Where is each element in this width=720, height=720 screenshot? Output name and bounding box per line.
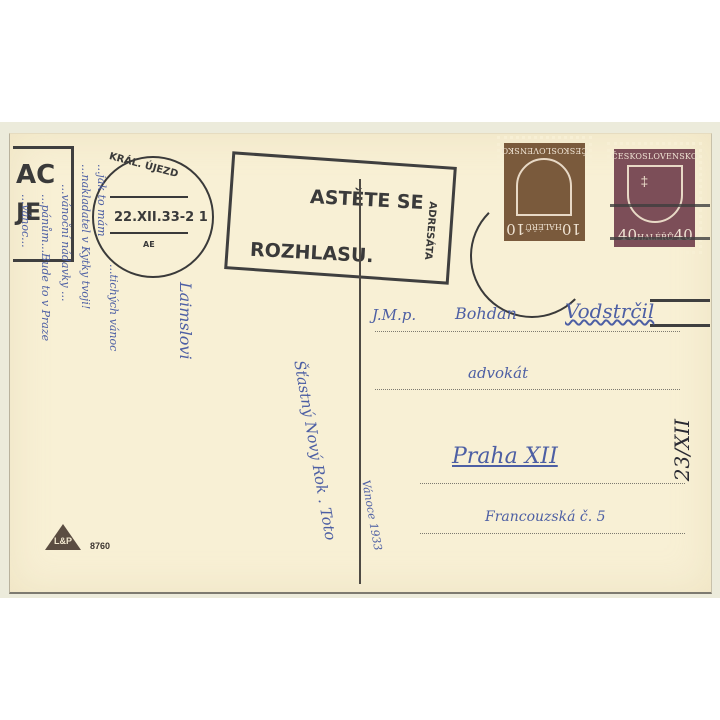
address-city: Praha XII bbox=[452, 444, 558, 469]
message-line-6: ...vánoc... bbox=[19, 194, 32, 248]
address-surname: Vodstrčil bbox=[565, 299, 654, 323]
card-divider bbox=[359, 179, 361, 584]
double-cross-icon: ‡ bbox=[641, 173, 649, 189]
cancel-wave-lines bbox=[610, 204, 710, 240]
address-street: Francouzská č. 5 bbox=[485, 509, 606, 525]
publisher-logo-text: L&P bbox=[54, 536, 72, 546]
message-line-1: ...tichých vánoc bbox=[107, 264, 120, 351]
message-line-3: ...nakladatel v Kytky tvoji! bbox=[79, 164, 92, 309]
message-line-4: ...vánoční nádavky ... bbox=[59, 184, 72, 302]
message-sign: Laimslovi bbox=[176, 282, 195, 360]
postcard: AC JE KRÁL. ÚJEZD 22.XII.33-2 1 AE ASTĚT… bbox=[9, 133, 712, 594]
message-greeting: Šťastný Nový Rok . Toto bbox=[290, 359, 339, 542]
left-cancel-text-1: AC bbox=[16, 160, 55, 190]
address-salutation: J.M.p. bbox=[372, 306, 416, 324]
message-line-5: ...pánům...Bude to v Praze bbox=[39, 194, 52, 341]
stamp-2-country: ČESKOSLOVENSKO bbox=[611, 152, 697, 161]
postmark-bottom: AE bbox=[143, 240, 155, 249]
message-date: Vánoce 1933 bbox=[359, 479, 384, 552]
postmark-bar-bottom bbox=[110, 232, 188, 234]
address-name: Bohdan bbox=[455, 304, 517, 323]
stamp-1-country: ČESKOSLOVENSKO bbox=[501, 146, 587, 155]
address-line-2 bbox=[375, 389, 680, 390]
cancel-wave-lines-2 bbox=[650, 299, 710, 327]
message-line-2: ...jak to mám bbox=[95, 164, 108, 237]
coat-of-arms-icon bbox=[517, 159, 573, 217]
address-line-1 bbox=[375, 331, 680, 332]
postmark-date: 22.XII.33-2 1 bbox=[114, 210, 208, 225]
receipt-note: 23/XII bbox=[670, 419, 694, 481]
address-title: advokát bbox=[468, 364, 528, 382]
stamp-10-haleru: 10HALÉŘŮ10 ČESKOSLOVENSKO bbox=[497, 136, 592, 248]
postmark-bar-top bbox=[110, 196, 188, 198]
address-line-4 bbox=[420, 533, 685, 534]
address-line-3 bbox=[420, 483, 685, 484]
stamp-1-value-row: 10HALÉŘŮ10 bbox=[504, 220, 585, 238]
catalog-number: 8760 bbox=[90, 541, 110, 551]
